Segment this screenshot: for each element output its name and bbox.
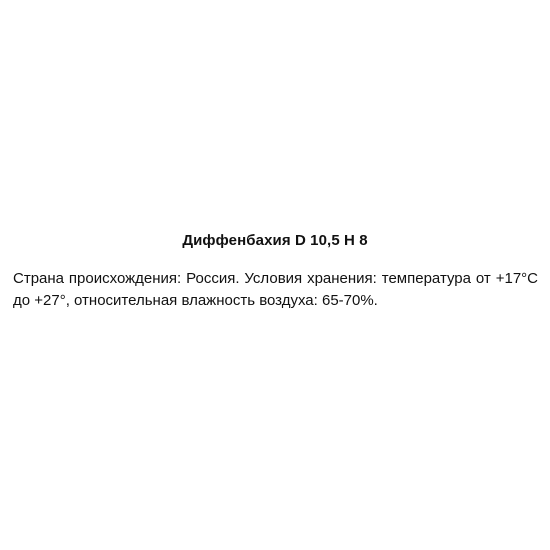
product-title: Диффенбахия D 10,5 H 8 (0, 231, 550, 251)
product-description: Страна происхождения: Россия. Условия хр… (13, 268, 538, 312)
